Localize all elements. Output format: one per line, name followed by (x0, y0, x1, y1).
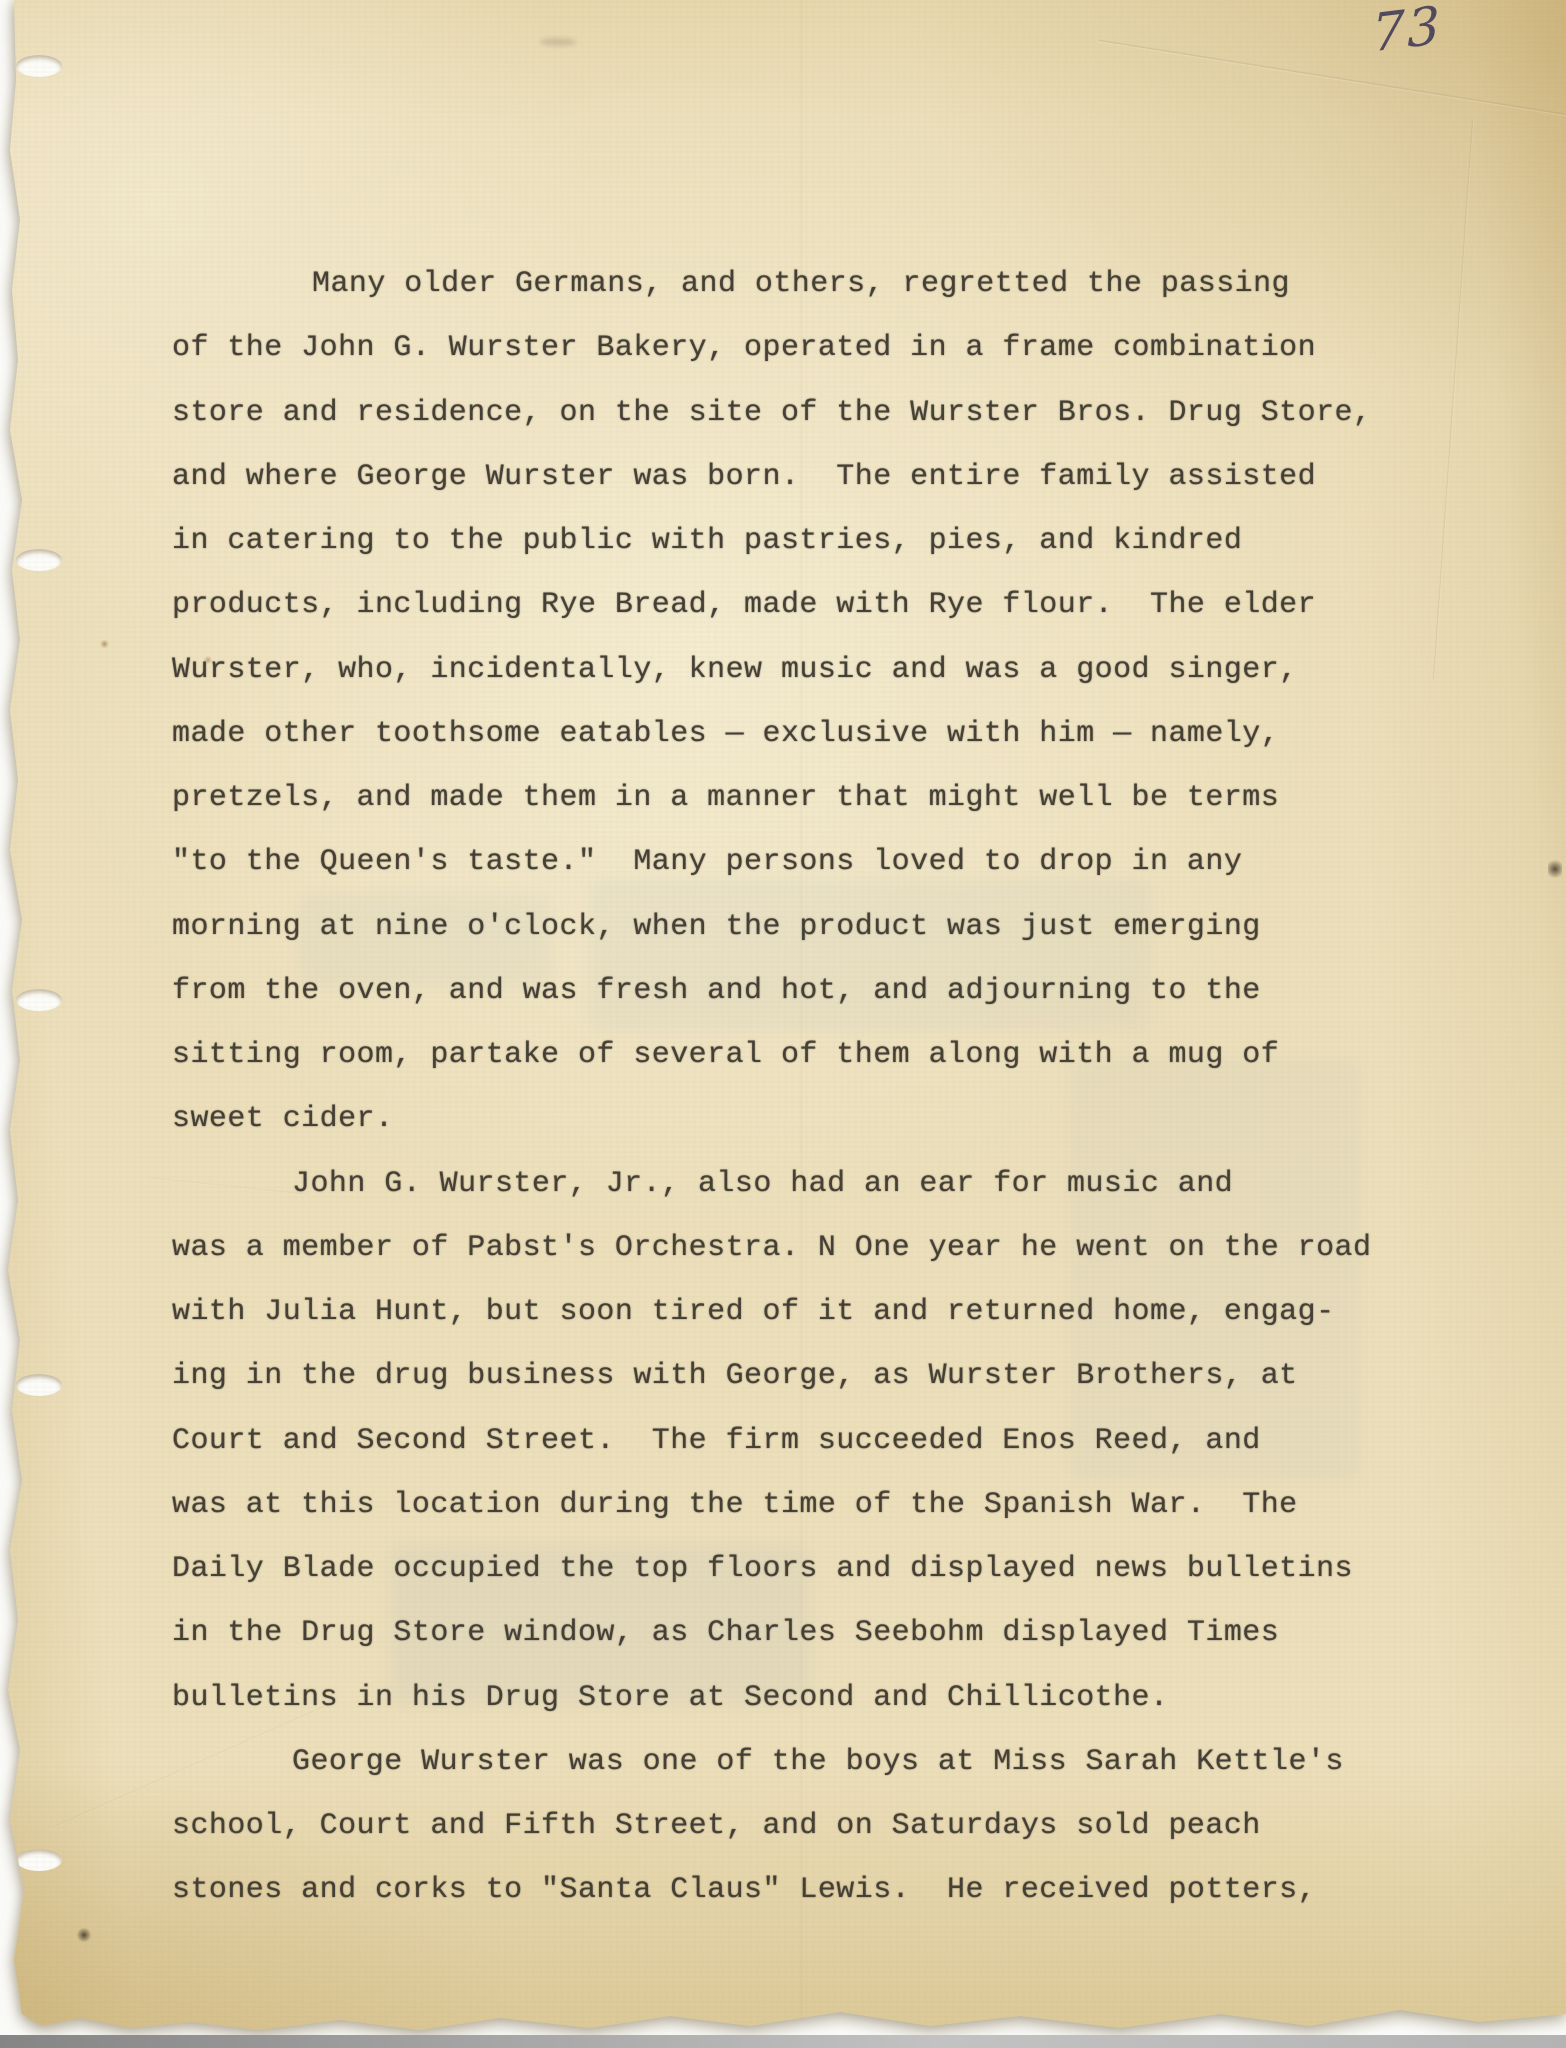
scanned-document: 73 Many older Germans, and others, regre… (0, 0, 1566, 2048)
typed-line: with Julia Hunt, but soon tired of it an… (172, 1280, 1442, 1344)
typed-line: George Wurster was one of the boys at Mi… (172, 1730, 1442, 1794)
typed-line: Court and Second Street. The firm succee… (172, 1409, 1442, 1473)
paper-shadow-wrap: 73 Many older Germans, and others, regre… (0, 0, 1566, 2048)
typed-line: stones and corks to "Santa Claus" Lewis.… (172, 1858, 1442, 1922)
typed-line: Many older Germans, and others, regrette… (172, 252, 1442, 316)
stain-spot (100, 640, 109, 648)
typed-line: sweet cider. (172, 1087, 1442, 1151)
crease-mark (1098, 39, 1566, 121)
typed-line: Daily Blade occupied the top floors and … (172, 1537, 1442, 1601)
page-number: 73 (1372, 0, 1443, 64)
scanner-edge (0, 2035, 1566, 2048)
typed-line: sitting room, partake of several of them… (172, 1023, 1442, 1087)
punch-hole (16, 989, 62, 1011)
typed-line: was a member of Pabst's Orchestra. N One… (172, 1216, 1442, 1280)
typed-line: in the Drug Store window, as Charles See… (172, 1601, 1442, 1665)
ink-speck (76, 1928, 92, 1942)
punch-hole (16, 549, 62, 571)
typed-line: store and residence, on the site of the … (172, 381, 1442, 445)
typed-line: of the John G. Wurster Bakery, operated … (172, 316, 1442, 380)
typed-line: bulletins in his Drug Store at Second an… (172, 1666, 1442, 1730)
punch-hole (16, 1849, 62, 1871)
typed-line: Wurster, who, incidentally, knew music a… (172, 638, 1442, 702)
smudge (540, 38, 576, 46)
typed-line: school, Court and Fifth Street, and on S… (172, 1794, 1442, 1858)
typed-line: morning at nine o'clock, when the produc… (172, 895, 1442, 959)
typed-line: in catering to the public with pastries,… (172, 509, 1442, 573)
typed-line: pretzels, and made them in a manner that… (172, 766, 1442, 830)
typed-line: made other toothsome eatables — exclusiv… (172, 702, 1442, 766)
typed-line: was at this location during the time of … (172, 1473, 1442, 1537)
typed-line: products, including Rye Bread, made with… (172, 573, 1442, 637)
typed-line: ing in the drug business with George, as… (172, 1344, 1442, 1408)
typed-line: "to the Queen's taste." Many persons lov… (172, 830, 1442, 894)
typed-line: and where George Wurster was born. The e… (172, 445, 1442, 509)
ink-speck (1548, 858, 1562, 880)
typed-line: from the oven, and was fresh and hot, an… (172, 959, 1442, 1023)
punch-hole (16, 55, 62, 77)
paper-sheet: 73 Many older Germans, and others, regre… (0, 0, 1566, 2048)
typed-text-block: Many older Germans, and others, regrette… (172, 252, 1442, 1923)
punch-hole (16, 1374, 62, 1396)
typed-line: John G. Wurster, Jr., also had an ear fo… (172, 1152, 1442, 1216)
